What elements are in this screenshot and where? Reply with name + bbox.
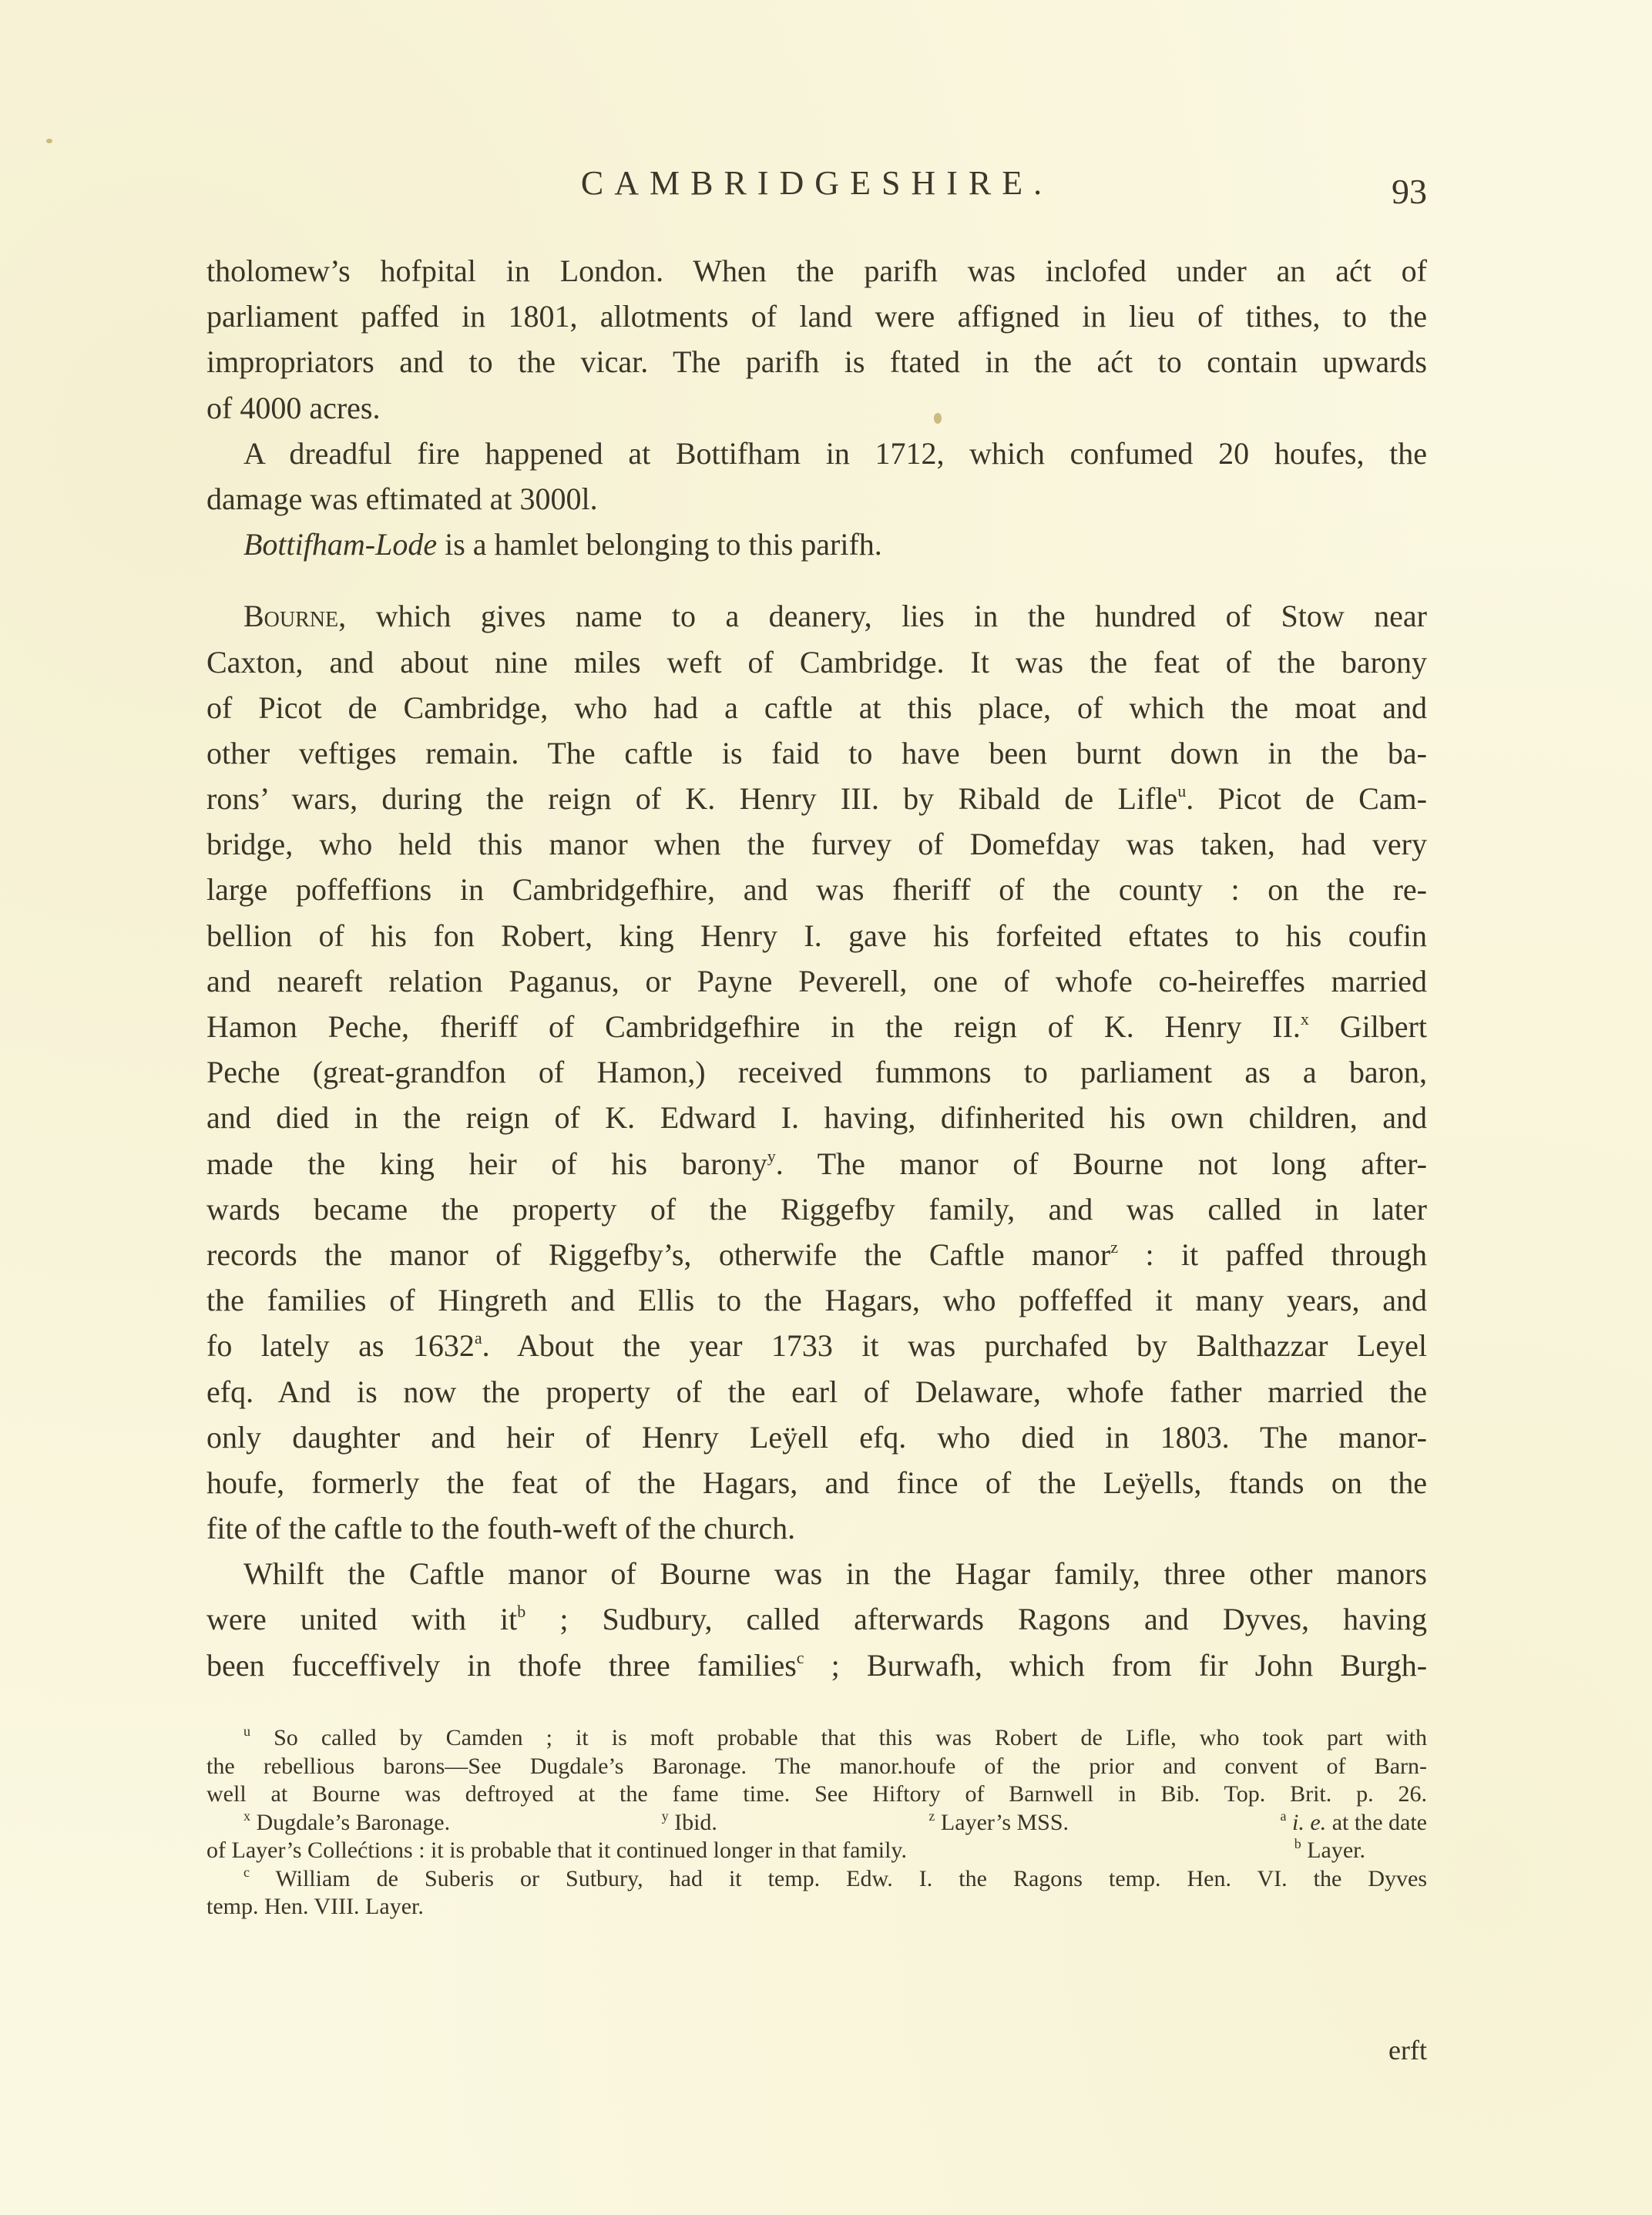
paper-speck bbox=[46, 139, 52, 143]
footnote-marker-y: y bbox=[767, 1146, 776, 1166]
text-line: and neareft relation Paganus, or Payne P… bbox=[206, 958, 1427, 1004]
text-line: Caxton, and about nine miles weft of Cam… bbox=[206, 639, 1427, 685]
text-line: Bourne, which gives name to a deanery, l… bbox=[206, 593, 1427, 639]
text-line: the families of Hingreth and Ellis to th… bbox=[206, 1277, 1427, 1323]
text-line: fo lately as 1632a. About the year 1733 … bbox=[206, 1323, 1427, 1368]
text-line: rons’ wars, during the reign of K. Henry… bbox=[206, 776, 1427, 821]
footnote-row-ab: of Layer’s Collećtions : it is probable … bbox=[206, 1837, 1427, 1865]
text-line: bellion of his fon Robert, king Henry I.… bbox=[206, 913, 1427, 958]
text-line: wards became the property of the Riggefb… bbox=[206, 1186, 1427, 1232]
footnote-z: z Layer’s MSS. bbox=[928, 1809, 1069, 1837]
text-line: damage was eftimated at 3000l. bbox=[206, 476, 1427, 522]
text-line: houfe, formerly the feat of the Hagars, … bbox=[206, 1460, 1427, 1505]
footnote-marker-c: c bbox=[797, 1648, 804, 1667]
text-line: records the manor of Riggefby’s, otherwi… bbox=[206, 1232, 1427, 1277]
footnote-line: the rebellious barons—See Dugdale’s Baro… bbox=[206, 1753, 1427, 1781]
text-line: parliament paffed in 1801, allotments of… bbox=[206, 294, 1427, 339]
running-head: CAMBRIDGESHIRE. 93 bbox=[206, 163, 1427, 210]
text-line: of 4000 acres. bbox=[206, 385, 1427, 431]
place-name-italic: Bottifham-Lode bbox=[243, 527, 437, 562]
footnote-marker-x: x bbox=[1301, 1009, 1309, 1029]
text-line: impropriators and to the vicar. The pari… bbox=[206, 339, 1427, 384]
text-line: of Picot de Cambridge, who had a caftle … bbox=[206, 685, 1427, 730]
text-line: and died in the reign of K. Edward I. ha… bbox=[206, 1095, 1427, 1140]
text-line: made the king heir of his baronyy. The m… bbox=[206, 1141, 1427, 1186]
footnote-line: well at Bourne was deftroyed at the fame… bbox=[206, 1780, 1427, 1809]
text-line: other veftiges remain. The caftle is fai… bbox=[206, 730, 1427, 776]
footnote-marker-a: a bbox=[475, 1328, 482, 1347]
text-line: tholomew’s hofpital in London. When the … bbox=[206, 248, 1427, 294]
footnote-c: c William de Suberis or Sutbury, had it … bbox=[206, 1865, 1427, 1894]
footnote-a: a i. e. at the date bbox=[1281, 1809, 1427, 1837]
body-text: tholomew’s hofpital in London. When the … bbox=[206, 248, 1427, 1688]
text-line: Whilft the Caftle manor of Bourne was in… bbox=[206, 1551, 1427, 1596]
text-line: fite of the caftle to the fouth-weft of … bbox=[206, 1505, 1427, 1551]
footnote-row-xyza: x Dugdale’s Baronage. y Ibid. z Layer’s … bbox=[206, 1809, 1427, 1837]
page-number: 93 bbox=[1392, 171, 1427, 212]
text-line: only daughter and heir of Henry Leÿell e… bbox=[206, 1415, 1427, 1460]
footnote-b: b Layer. bbox=[1294, 1837, 1427, 1865]
text-line: A dreadful fire happened at Bottifham in… bbox=[206, 431, 1427, 476]
footnote-marker-b: b bbox=[517, 1602, 525, 1621]
footnote-y: y Ibid. bbox=[662, 1809, 717, 1837]
text-line: Bottifham-Lode is a hamlet belonging to … bbox=[206, 522, 1427, 567]
catchword: erft bbox=[1388, 2034, 1427, 2066]
small-caps-heading: Bourne, bbox=[243, 599, 346, 633]
footnotes: u So called by Camden ; it is moft proba… bbox=[206, 1724, 1427, 1921]
footnote-u: u So called by Camden ; it is moft proba… bbox=[206, 1724, 1427, 1753]
text-line: Hamon Peche, fheriff of Cambridgefhire i… bbox=[206, 1004, 1427, 1049]
text-line: been fucceffively in thofe three familie… bbox=[206, 1643, 1427, 1688]
text-line: bridge, who held this manor when the fur… bbox=[206, 821, 1427, 867]
text-line: large poffeffions in Cambridgefhire, and… bbox=[206, 867, 1427, 912]
running-title: CAMBRIDGESHIRE. bbox=[206, 163, 1427, 203]
text-line: Peche (great-grandfon of Hamon,) receive… bbox=[206, 1049, 1427, 1095]
text-line: efq. And is now the property of the earl… bbox=[206, 1369, 1427, 1415]
footnote-marker-z: z bbox=[1110, 1237, 1118, 1257]
footnote-x: x Dugdale’s Baronage. bbox=[243, 1809, 450, 1837]
footnote-line: temp. Hen. VIII. Layer. bbox=[206, 1893, 1427, 1921]
footnote-marker-u: u bbox=[1177, 781, 1186, 800]
text-line: were united with itb ; Sudbury, called a… bbox=[206, 1596, 1427, 1642]
